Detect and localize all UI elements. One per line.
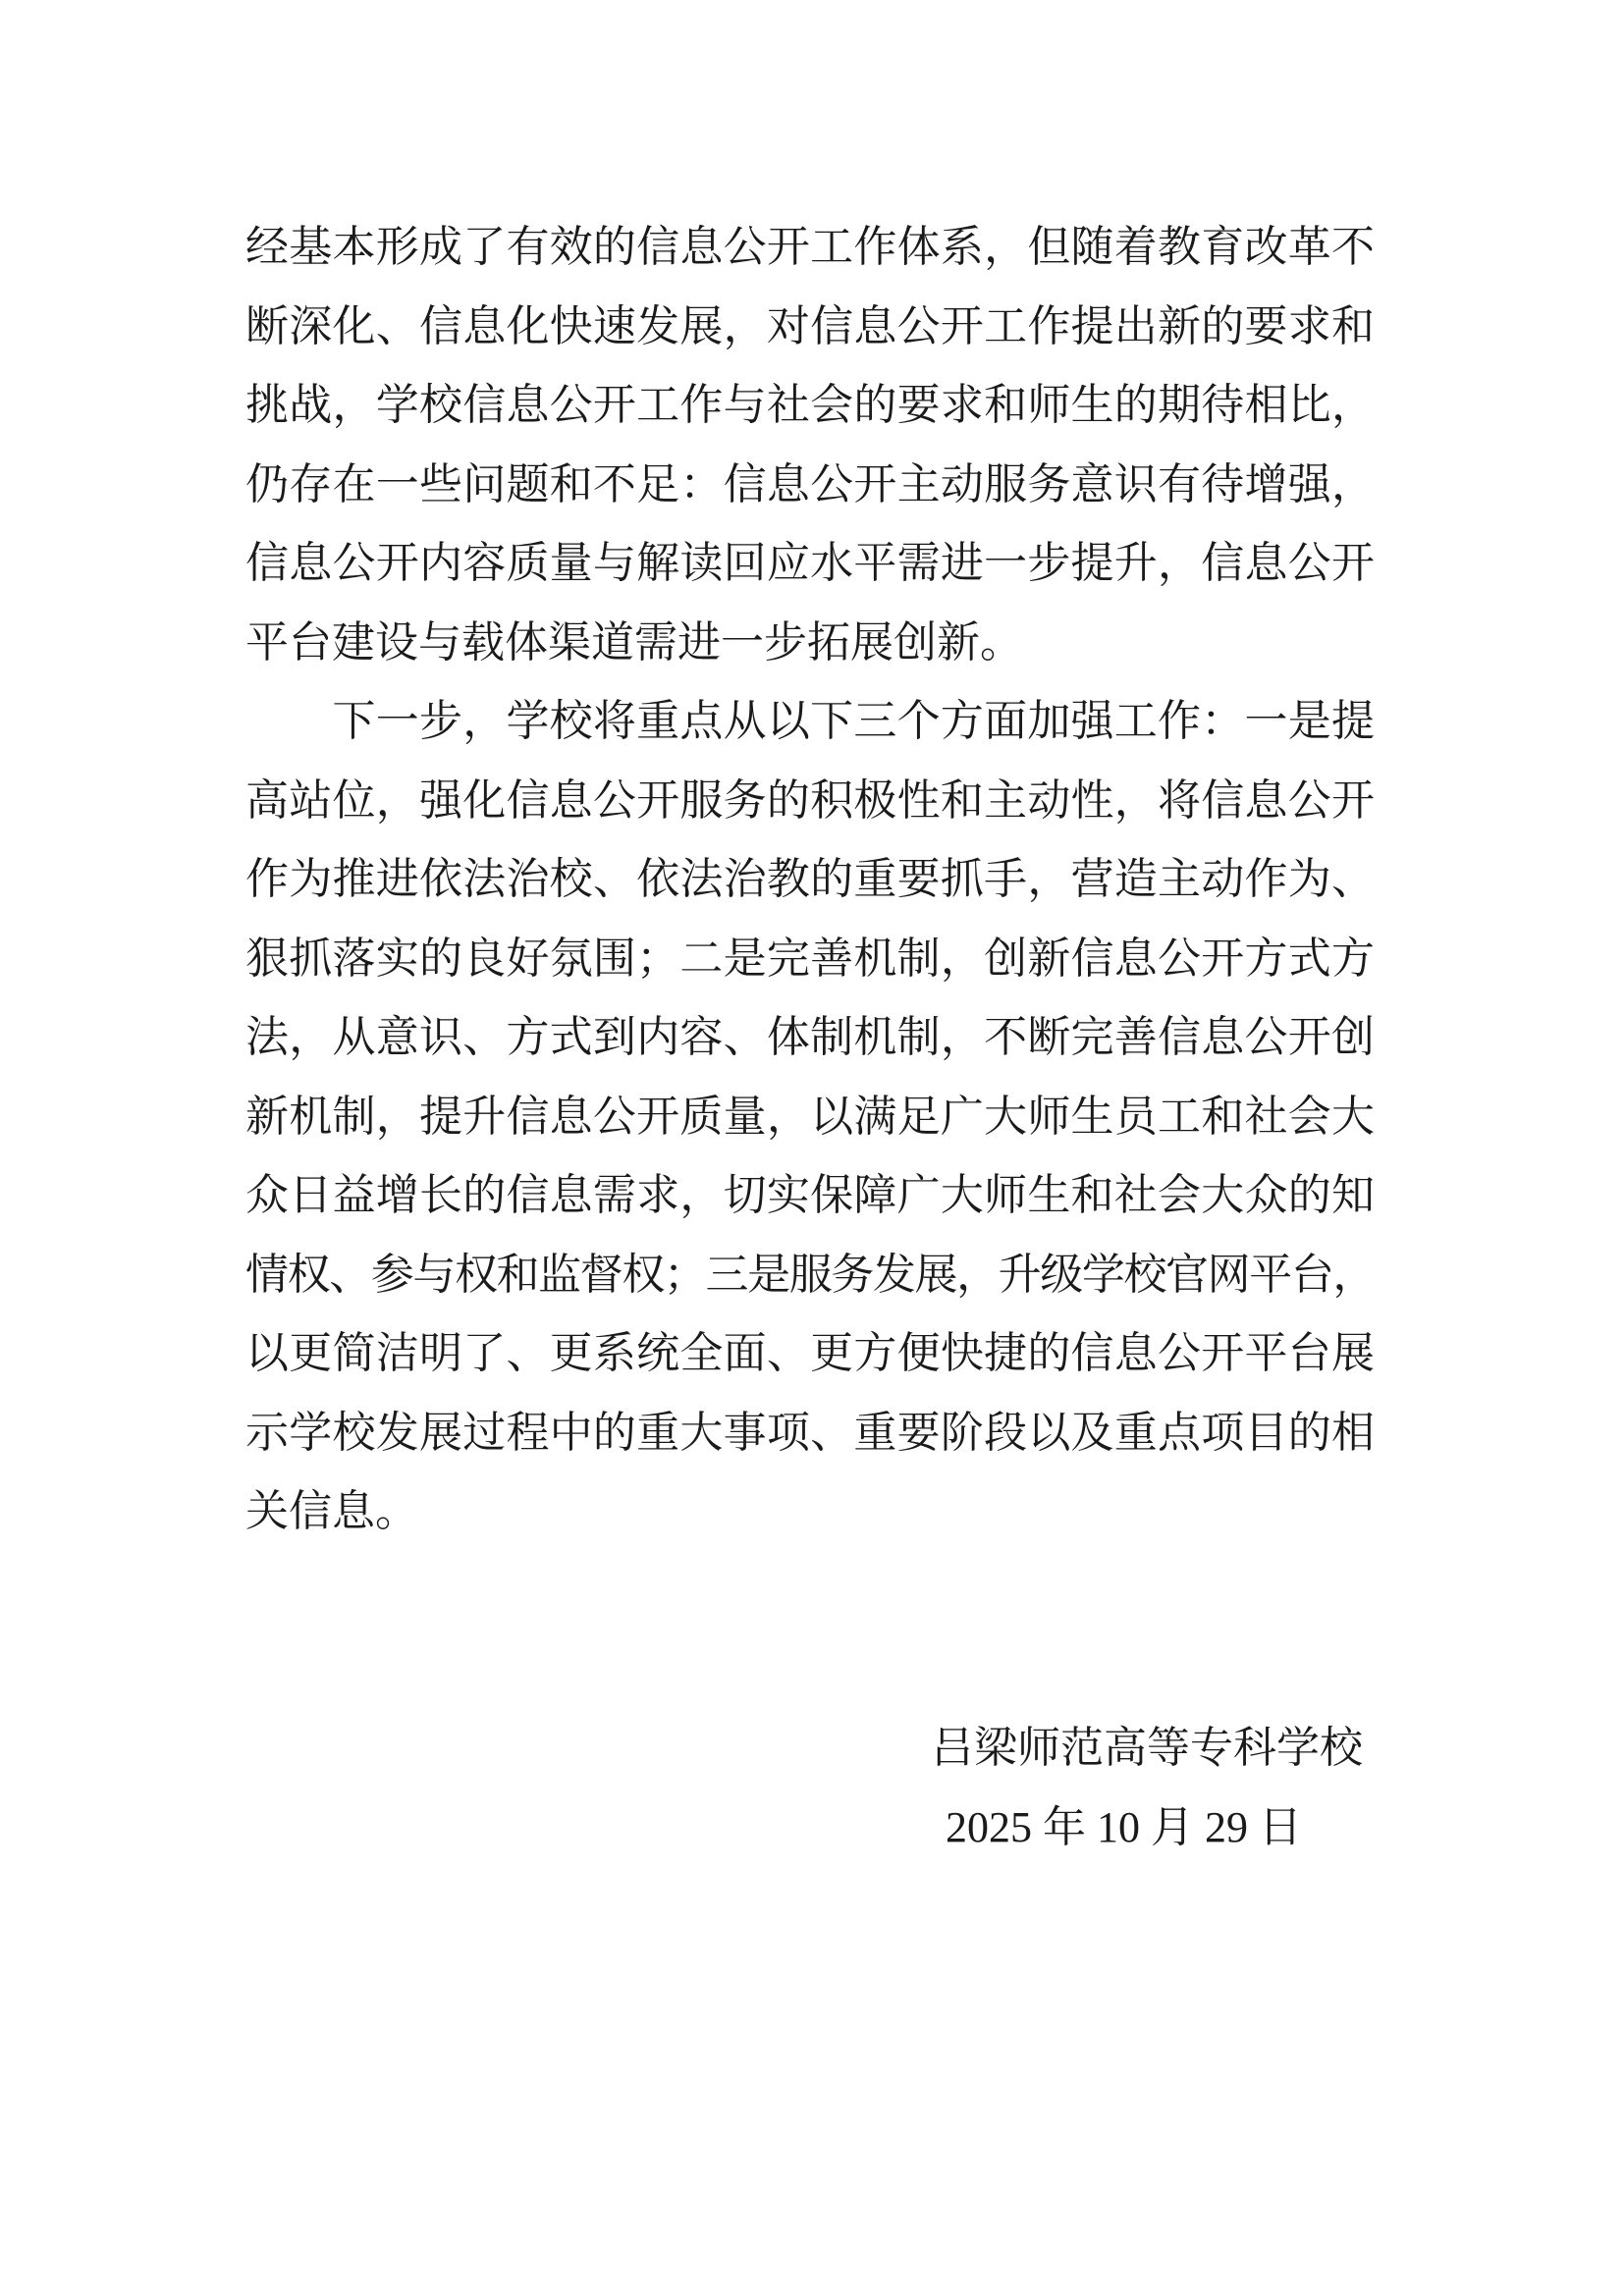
- text-line: 法，从意识、方式到内容、体制机制，不断完善信息公开创: [245, 998, 1375, 1078]
- text-line: 信息公开内容质量与解读回应水平需进一步提升，信息公开: [245, 524, 1375, 604]
- text-line: 下一步，学校将重点从以下三个方面加强工作：一是提: [245, 682, 1375, 762]
- text-line: 作为推进依法治校、依法治教的重要抓手，营造主动作为、: [245, 840, 1375, 920]
- text-line: 经基本形成了有效的信息公开工作体系，但随着教育改革不: [245, 208, 1375, 288]
- paragraph: 经基本形成了有效的信息公开工作体系，但随着教育改革不断深化、信息化快速发展，对信…: [245, 208, 1375, 682]
- text-line: 关信息。: [245, 1472, 1375, 1552]
- text-line: 平台建设与载体渠道需进一步拓展创新。: [245, 604, 1375, 683]
- document-page: 经基本形成了有效的信息公开工作体系，但随着教育改革不断深化、信息化快速发展，对信…: [0, 0, 1624, 2296]
- signature-organization: 吕梁师范高等专科学校: [931, 1709, 1375, 1789]
- text-line: 断深化、信息化快速发展，对信息公开工作提出新的要求和: [245, 288, 1375, 367]
- signature-date: 2025 年 10 月 29 日: [946, 1789, 1375, 1868]
- text-line: 众日益增长的信息需求，切实保障广大师生和社会大众的知: [245, 1156, 1375, 1236]
- document-body: 经基本形成了有效的信息公开工作体系，但随着教育改革不断深化、信息化快速发展，对信…: [245, 208, 1375, 1552]
- text-line: 新机制，提升信息公开质量，以满足广大师生员工和社会大: [245, 1078, 1375, 1157]
- paragraph: 下一步，学校将重点从以下三个方面加强工作：一是提高站位，强化信息公开服务的积极性…: [245, 682, 1375, 1552]
- text-line: 以更简洁明了、更系统全面、更方便快捷的信息公开平台展: [245, 1314, 1375, 1394]
- signature-block: 吕梁师范高等专科学校 2025 年 10 月 29 日: [245, 1709, 1375, 1867]
- text-line: 高站位，强化信息公开服务的积极性和主动性，将信息公开: [245, 762, 1375, 841]
- text-line: 仍存在一些问题和不足：信息公开主动服务意识有待增强，: [245, 446, 1375, 525]
- text-line: 情权、参与权和监督权；三是服务发展，升级学校官网平台，: [245, 1236, 1375, 1315]
- text-line: 示学校发展过程中的重大事项、重要阶段以及重点项目的相: [245, 1394, 1375, 1473]
- text-line: 挑战，学校信息公开工作与社会的要求和师生的期待相比，: [245, 366, 1375, 446]
- text-line: 狠抓落实的良好氛围；二是完善机制，创新信息公开方式方: [245, 920, 1375, 999]
